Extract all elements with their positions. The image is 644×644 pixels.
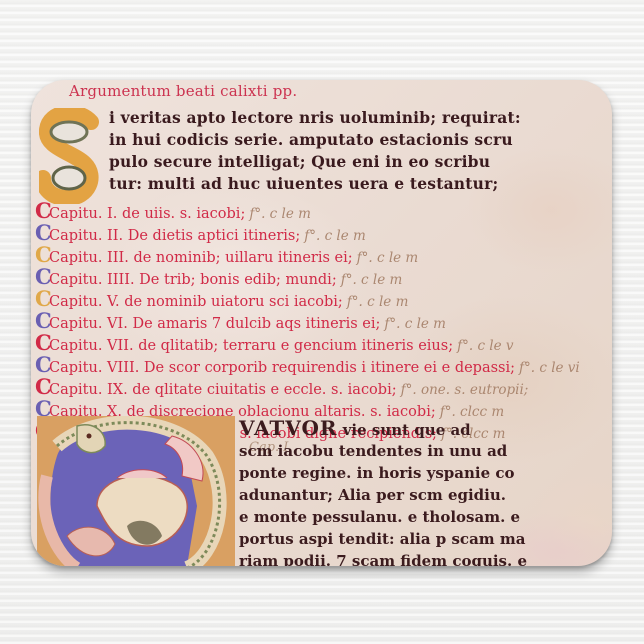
chapter-row: CCapitu. V. de nominib uiatoru sci iacob… — [35, 286, 408, 308]
chapter-row: CCapitu. VIII. De scor corporib requiren… — [35, 352, 580, 374]
chapter-row: CCapitu. X. de discrecione oblacionu alt… — [35, 396, 504, 418]
body-line: e monte pessulanu. e tholosam. e — [239, 508, 520, 526]
chapter-row: CCapitu. IIII. De trib; bonis edib; mund… — [35, 264, 402, 286]
chapter-row: CCapitu. II. De dietis aptici itineris;f… — [35, 220, 366, 242]
chapter-row: CCapitu. III. de nominib; uillaru itiner… — [35, 242, 418, 264]
body-line: riam podii. 7 scam fidem coquis. e — [239, 552, 527, 566]
intro-line: pulo secure intelligat; Que eni in eo sc… — [109, 152, 490, 171]
body-line: portus aspi tendit: alia p scam ma — [239, 530, 525, 548]
mousepad: Argumentum beati calixti pp. i veritas a… — [31, 80, 612, 566]
body-line: VATVOR vie sunt que ad — [239, 416, 471, 440]
illuminated-initial-q-icon — [37, 416, 235, 566]
chapter-row: CCapitu. VII. de qlitatib; terraru e gen… — [35, 330, 514, 352]
intro-line: in hui codicis serie. amputato estacioni… — [109, 130, 513, 149]
body-line: adunantur; Alia per scm egidiu. — [239, 486, 506, 504]
chapter-row: CCapitu. IX. de qlitate ciuitatis e eccl… — [35, 374, 528, 396]
illuminated-initial-s-icon — [39, 108, 103, 204]
chapter-row: CCapitu. VI. De amaris 7 dulcib aqs itin… — [35, 308, 446, 330]
chapter-row: CCapitu. I. de uiis. s. iacobi;f°. c le … — [35, 198, 311, 220]
intro-line: tur: multi ad huc uiuentes uera e testan… — [109, 174, 498, 193]
body-line: scm iacobu tendentes in unu ad — [239, 442, 507, 460]
manuscript-heading: Argumentum beati calixti pp. — [69, 82, 297, 100]
intro-line: i veritas apto lectore nris uoluminib; r… — [109, 108, 521, 127]
body-line: ponte regine. in horis yspanie co — [239, 464, 515, 482]
